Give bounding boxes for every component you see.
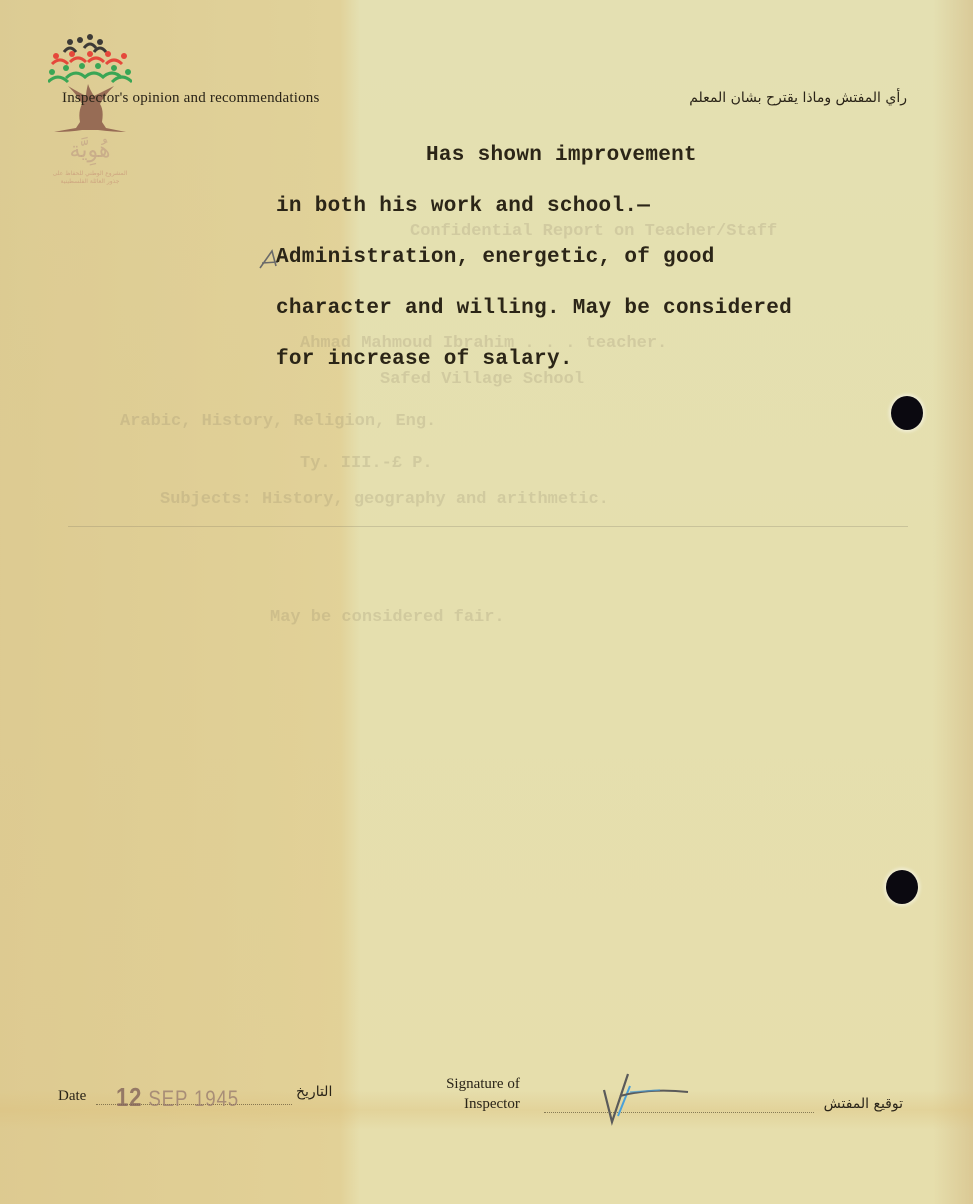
bleed-through-text: Subjects: History, geography and arithme…	[160, 490, 609, 509]
bleed-through-rule	[68, 526, 908, 527]
bleed-through-text: Arabic, History, Religion, Eng.	[120, 412, 436, 431]
date-label-arabic: التاريخ	[296, 1084, 332, 1100]
page-edge-shadow	[933, 0, 973, 1204]
section-label-english: Inspector's opinion and recommendations	[62, 90, 320, 107]
typed-remarks: Has shown improvement in both his work a…	[276, 140, 916, 395]
bleed-through-text: May be considered fair.	[270, 608, 505, 627]
remark-line: Administration, energetic, of good	[276, 242, 916, 293]
remark-line: for increase of salary.	[276, 344, 916, 395]
handwritten-signature-icon	[600, 1066, 700, 1126]
date-stamp-month-year: SEP 1945	[148, 1086, 239, 1111]
punch-hole	[891, 396, 923, 430]
signature-label-line: Inspector	[440, 1094, 520, 1114]
section-label-arabic: رأي المفتش وماذا يقترح بشان المعلم	[689, 90, 907, 106]
logo-subtitle-line: جذور العائلة الفلسطينية	[40, 178, 140, 186]
remark-line: character and willing. May be considered	[276, 293, 916, 344]
remark-line: Has shown improvement	[276, 140, 916, 191]
bleed-through-text: Ty. III.-£ P.	[300, 454, 433, 473]
signature-label: Signature of Inspector	[440, 1074, 520, 1114]
date-label: Date	[58, 1088, 86, 1105]
signature-label-arabic: توقيع المفتش	[824, 1096, 903, 1112]
logo-wordmark: هُوِيَّة	[40, 138, 140, 163]
date-stamp-day: 12	[116, 1082, 142, 1112]
punch-hole	[886, 870, 918, 904]
remark-line: in both his work and school.—	[276, 191, 916, 242]
logo-subtitle: المشروع الوطني للحفاظ على جذور العائلة ا…	[40, 170, 140, 186]
signature-footer: Date 12 SEP 1945 التاريخ Signature of In…	[0, 1074, 973, 1134]
signature-label-line: Signature of	[440, 1074, 520, 1094]
logo-subtitle-line: المشروع الوطني للحفاظ على	[40, 170, 140, 178]
date-stamp: 12 SEP 1945	[116, 1082, 239, 1113]
